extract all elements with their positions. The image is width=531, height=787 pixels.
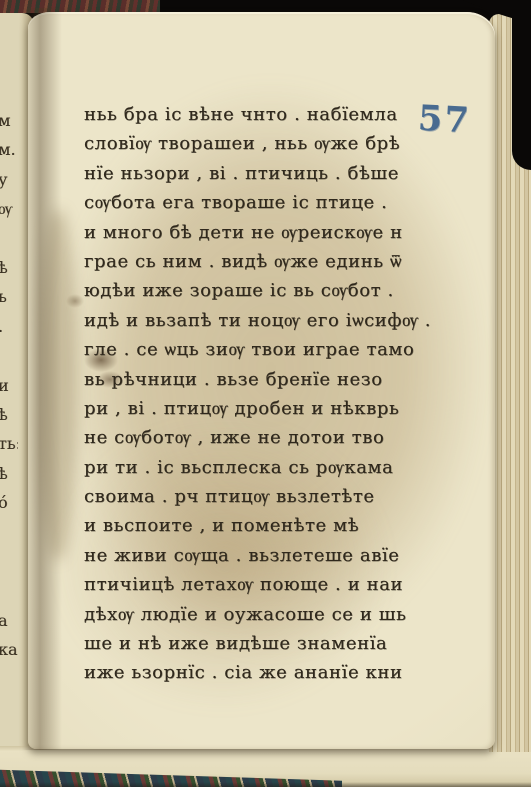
gutter-fragment [0, 576, 18, 605]
text-line: иже ьзорнїс . сіа же ананїе кни [84, 658, 488, 687]
text-line: ри ти . іс вьсплеска сь рѹкама [84, 453, 488, 482]
text-line: и вьспоите , и поменѣте мѣ [84, 511, 488, 540]
text-line: ше и нѣ иже видѣше знаменїа [84, 629, 488, 658]
text-line: не живи сѹща . вьзлетеше авїе [84, 541, 488, 570]
page-number-stamp: 57 [417, 98, 472, 142]
gutter-fragment: м. [0, 135, 18, 164]
gutter-fragment: ѣ [0, 459, 18, 488]
gutter-fragment: и [0, 371, 18, 400]
gutter-fragment [0, 224, 18, 253]
text-line: вь рѣчници . вьзе бренїе незо [84, 365, 488, 394]
gutter-fragment: ть: [0, 429, 18, 458]
gutter-fragment: м [0, 106, 18, 135]
text-line: грае сь ним . видѣ ѹже единь ѿ [84, 247, 488, 276]
gutter-fragment: ь [0, 282, 18, 311]
gutter-fragment: о́ [0, 488, 18, 517]
gutter-fragment: а [0, 606, 18, 635]
text-line: идѣ и вьзапѣ ти ноцѹ его іѡсифѹ . [84, 306, 488, 335]
text-line: дѣхѹ людїе и оужасоше се и шь [84, 600, 488, 629]
gutter-fragment: у [0, 165, 18, 194]
text-line: птичіицѣ летахѹ поюще . и наи [84, 570, 488, 599]
gutter-fragment: ѹ [0, 194, 18, 223]
gutter-fragment [0, 547, 18, 576]
text-line: нїе ньзори , ві . птичиць . бѣше [84, 159, 488, 188]
gutter-fragment: ка [0, 635, 18, 664]
gutter-fragment: . [0, 312, 18, 341]
text-line: своима . рч птицѹ вьзлетѣте [84, 482, 488, 511]
text-line: гле . се ѡць зиѹ твои играе тамо [84, 335, 488, 364]
gutter-fragment [0, 341, 18, 370]
background-corner-right [512, 0, 531, 170]
gutter-text-fragments: мм.уѹѣь.иѣть:ѣо́ака [0, 106, 18, 664]
gutter-fragment: ѣ [0, 400, 18, 429]
text-line: юдѣи иже зораше іс вь сѹбот . [84, 276, 488, 305]
text-line: ри , ві . птицѹ дробен и нѣкврь [84, 394, 488, 423]
gutter-fragment: ѣ [0, 253, 18, 282]
text-line: и много бѣ дети не ѹреискѹе н [84, 218, 488, 247]
bottom-shadow [0, 782, 531, 787]
text-line: не сѹботѹ , иже не дотои тво [84, 423, 488, 452]
manuscript-photo: мм.уѹѣь.иѣть:ѣо́ака ньь бра іс вѣне чнто… [0, 0, 531, 787]
text-line: сѹбота ега твораше іс птице . [84, 188, 488, 217]
gutter-fragment [0, 517, 18, 546]
manuscript-text: ньь бра іс вѣне чнто . набїемласловїѹ тв… [84, 100, 488, 688]
